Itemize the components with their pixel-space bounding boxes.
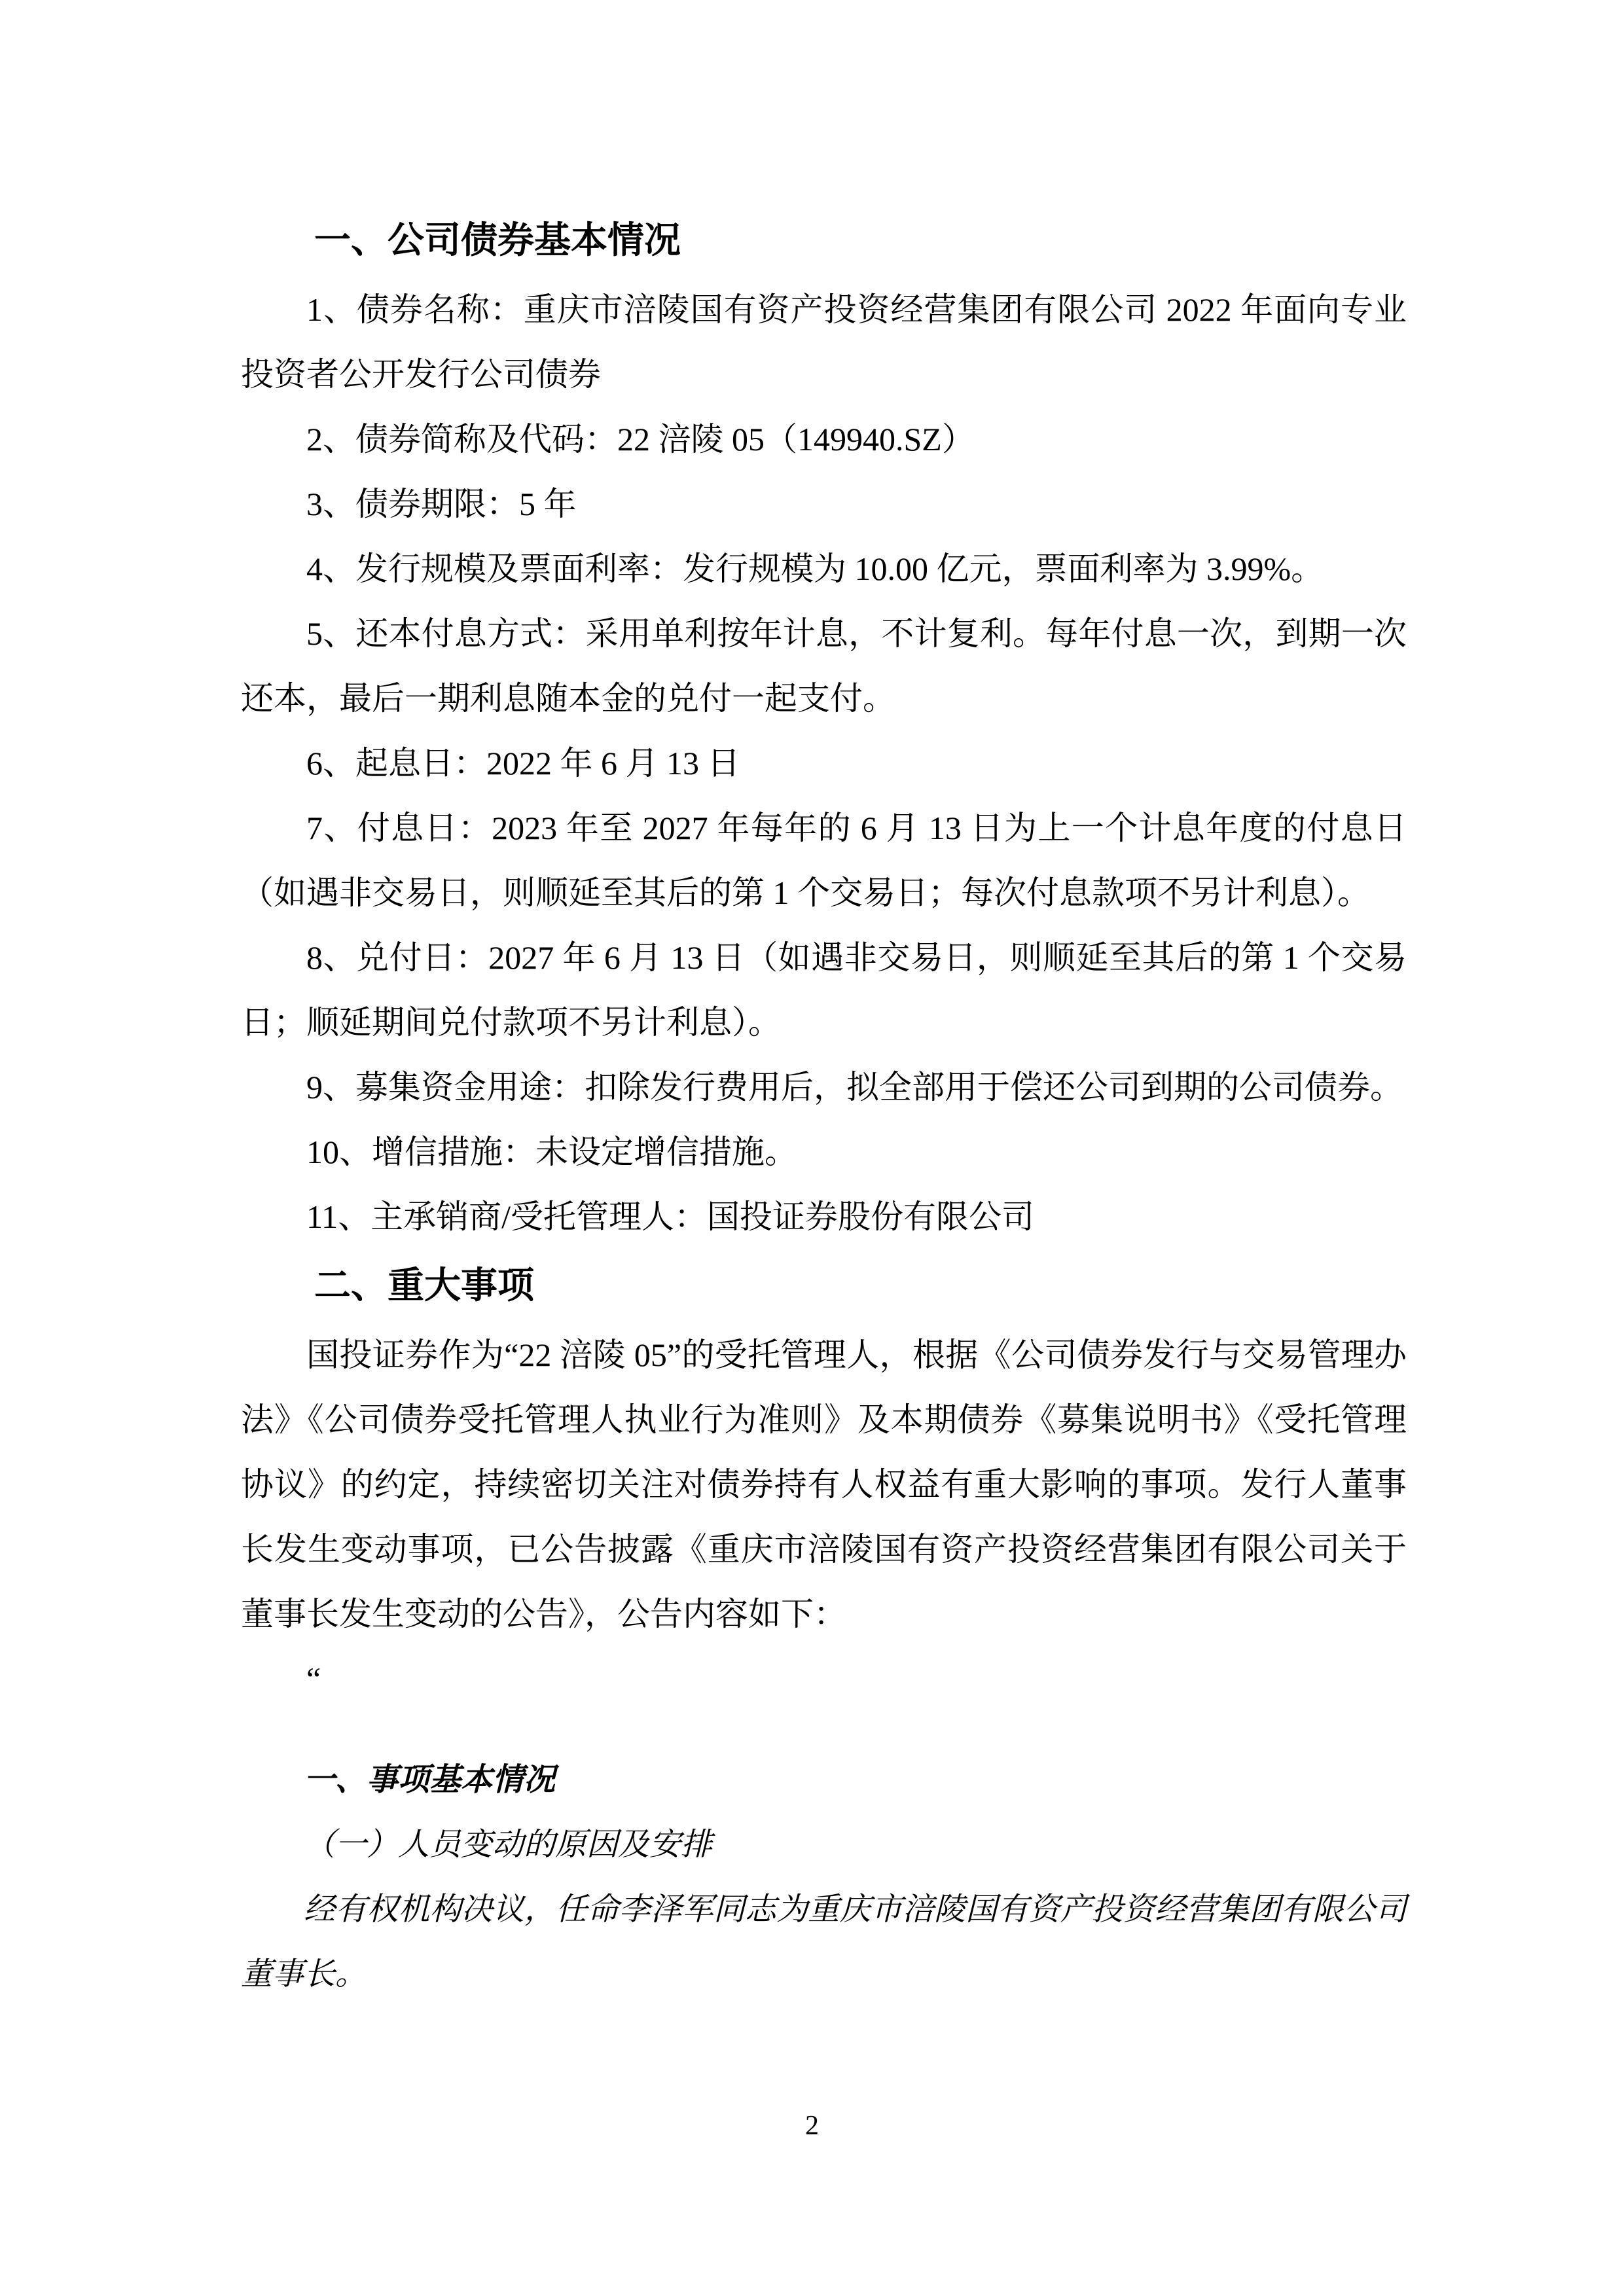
bond-item-term: 3、债券期限：5 年 (241, 472, 1407, 537)
bond-item-name: 1、债券名称：重庆市涪陵国有资产投资经营集团有限公司 2022 年面向专业投资者… (241, 278, 1407, 407)
section-heading-bond-basic-info: 一、公司债券基本情况 (241, 204, 1407, 278)
bond-item-scale-rate: 4、发行规模及票面利率：发行规模为 10.00 亿元，票面利率为 3.99%。 (241, 537, 1407, 601)
bond-item-interest-date: 7、付息日：2023 年至 2027 年每年的 6 月 13 日为上一个计息年度… (241, 796, 1407, 925)
bond-item-proceeds-use: 9、募集资金用途：扣除发行费用后，拟全部用于偿还公司到期的公司债券。 (241, 1055, 1407, 1120)
announcement-subheading-personnel-change: （一）人员变动的原因及安排 (241, 1812, 1407, 1877)
document-page: 一、公司债券基本情况 1、债券名称：重庆市涪陵国有资产投资经营集团有限公司 20… (0, 0, 1624, 2296)
bond-item-value-date: 6、起息日：2022 年 6 月 13 日 (241, 731, 1407, 796)
bond-item-underwriter: 11、主承销商/受托管理人：国投证券股份有限公司 (241, 1185, 1407, 1249)
bond-item-repayment: 5、还本付息方式：采用单利按年计息，不计复利。每年付息一次，到期一次还本，最后一… (241, 601, 1407, 731)
bond-item-credit-measures: 10、增信措施：未设定增信措施。 (241, 1120, 1407, 1185)
major-events-paragraph: 国投证券作为“22 涪陵 05”的受托管理人，根据《公司债券发行与交易管理办法》… (241, 1323, 1407, 1647)
announcement-heading-basic-facts: 一、事项基本情况 (241, 1748, 1407, 1812)
document-content: 一、公司债券基本情况 1、债券名称：重庆市涪陵国有资产投资经营集团有限公司 20… (241, 204, 1407, 2007)
bond-item-code: 2、债券简称及代码：22 涪陵 05（149940.SZ） (241, 407, 1407, 472)
page-number: 2 (0, 2109, 1624, 2143)
announcement-body-appointment: 经有权机构决议，任命李泽军同志为重庆市涪陵国有资产投资经营集团有限公司董事长。 (241, 1877, 1407, 2007)
bond-item-redemption-date: 8、兑付日：2027 年 6 月 13 日（如遇非交易日，则顺延至其后的第 1 … (241, 925, 1407, 1055)
announcement-open-quote: “ (241, 1647, 1407, 1712)
section-heading-major-events: 二、重大事项 (241, 1249, 1407, 1323)
